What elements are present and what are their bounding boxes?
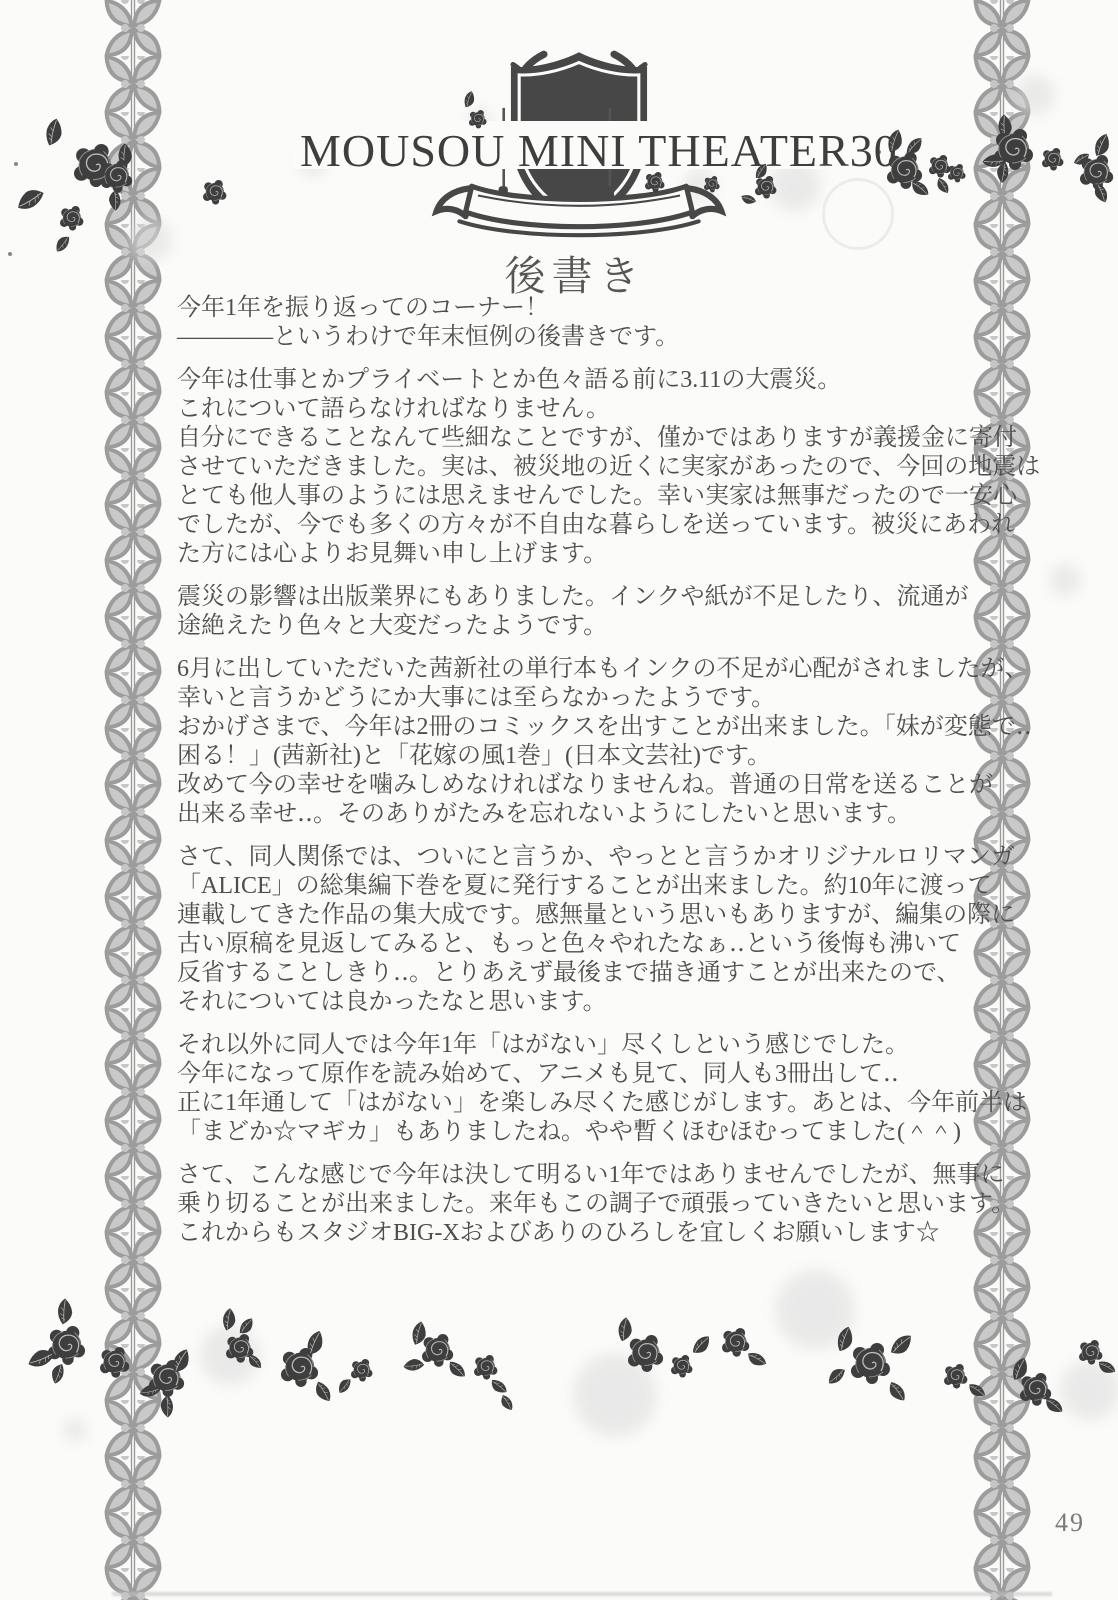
rose-leaf-icon [55,1298,76,1326]
rose-leaf-icon [745,1348,768,1370]
rose-leaf-icon [935,176,950,195]
rose-leaf-icon [302,1329,329,1358]
text-line: それ以外に同人では今年1年「はがない」尽くしという感じでした。 [177,1031,982,1060]
rose-leaf-icon [313,1379,332,1404]
text-line: でしたが、今でも多くの方々が不自由な暮らしを送っています。被災にあわれ [177,511,982,540]
text-line: 古い原稿を見返してみると、もっと色々やれたなぁ‥という後悔も沸いて [177,930,982,959]
text-line: 6月に出していただいた茜新社の単行本もインクの不足が心配がされましたが、 [177,655,982,684]
text-line: さて、こんな感じで今年は決して明るい1年ではありませんでしたが、無事に [177,1161,982,1190]
rose-leaf-icon [739,192,757,207]
rose-leaf-icon [14,186,47,211]
text-line: 連載してきた作品の集大成です。感無量という思いもありますが、編集の際に [177,901,982,930]
text-line: 今年になって原作を読み始めて、アニメも見て、同人も3冊出して‥ [177,1060,982,1089]
rose-leaf-icon [886,1379,907,1404]
paragraph: 今年1年を振り返ってのコーナー！————というわけで年末恒例の後書きです。 [177,294,982,352]
rose-leaf-icon [887,1332,916,1357]
rose-leaf-icon [335,1376,354,1394]
rose-leaf-icon [1093,182,1108,204]
text-line: おかげさまで、今年は2冊のコミックスを出すことが出来ました。「妹が変態で‥ [177,713,982,742]
text-line: 自分にできることなんて些細なことですが、僅かではありますが義援金に寄付 [177,424,982,453]
rose-leaf-icon [1090,132,1115,159]
print-speck [8,252,12,256]
rose-icon [351,1359,372,1382]
rose-leaf-icon [403,1358,424,1371]
text-line: これについて語らなければなりません。 [177,395,982,424]
text-line: 震災の影響は出版業界にもありました。インクや紙が不足したり、流通が [177,583,982,612]
print-speck [37,193,41,197]
rose-icon [422,1334,453,1367]
text-line: 「まどか☆マギカ」もありましたね。やや暫くほむほむってました(＾＾) [177,1118,982,1147]
rose-icon [60,206,83,231]
rose-leaf-icon [41,117,67,148]
text-line: 今年は仕事とかプライベートとか色々語る前に3.11の大震災。 [177,366,982,395]
bokeh-spot [1049,564,1081,596]
bokeh-spot [63,1418,87,1442]
scan-edge [112,1592,1052,1596]
rose-leaf-icon [903,136,926,157]
paragraph: 震災の影響は出版業界にもありました。インクや紙が不足したり、流通が途絶えたり色々… [177,583,982,641]
rose-leaf-icon [615,1316,636,1343]
bokeh-spot [775,1270,855,1350]
rose-leaf-icon [408,1320,430,1347]
rose-leaf-icon [26,1348,55,1368]
rose-icon [671,1355,692,1378]
rose-icon [203,180,226,205]
text-line: 乗り切ることが出来ました。来年もこの調子で頑張っていきたいと思います。 [177,1190,982,1219]
text-line: た方には心よりお見舞い申し上げます。 [177,540,982,569]
text-line: ————というわけで年末恒例の後書きです。 [177,323,982,352]
rose-icon [929,155,950,178]
rose-leaf-icon [909,177,931,200]
text-line: 反省することしきり‥。とりあえず最後まで描き通すことが出来たので、 [177,959,982,988]
bokeh-spot [200,1325,260,1385]
scanned-page: MOUSOU MINI THEATER30 後書き 今年1年を振り返ってのコーナ… [0,0,1118,1600]
rose-leaf-icon [825,1366,849,1386]
rose-leaf-icon [48,1362,68,1386]
text-line: これからもスタジオBIG-Xおよびありのひろしを宜しくお願いします☆ [177,1219,982,1248]
rose-icon [851,1343,890,1384]
bokeh-spot [1060,1360,1118,1420]
afterword-body: 今年1年を振り返ってのコーナー！————というわけで年末恒例の後書きです。今年は… [177,294,982,1262]
rose-icon [48,1326,85,1365]
rose-leaf-icon [488,1376,508,1397]
page-number: 49 [1040,1508,1100,1538]
text-line: 正に1年通して「はがない」を楽しみ尽くた感じがします。あとは、今年前半は [177,1089,982,1118]
text-line: 途絶えたり色々と大変だったようです。 [177,612,982,641]
text-line: 出来る幸せ‥。そのありがたみを忘れないようにしたいと思います。 [177,800,982,829]
bokeh-spot [1015,75,1055,115]
paragraph: さて、こんな感じで今年は決して明るい1年ではありませんでしたが、無事に乗り切るこ… [177,1161,982,1248]
text-line: 困る！」(茜新社)と「花嫁の風1巻」(日本文芸社)です。 [177,742,982,771]
rose-leaf-icon [446,1358,467,1381]
text-line: 今年1年を振り返ってのコーナー！ [177,294,982,323]
text-line: 幸いと言うかどうにか大事には至らなかったようです。 [177,684,982,713]
rose-leaf-icon [499,1393,514,1412]
text-line: それについては良かったなと思います。 [177,988,982,1017]
rose-icon [474,1355,497,1380]
rose-icon [281,1348,318,1387]
paragraph: 6月に出していただいた茜新社の単行本もインクの不足が心配がされましたが、幸いと言… [177,655,982,829]
rose-leaf-icon [689,1334,714,1357]
print-speck [14,162,18,166]
rose-leaf-icon [1072,152,1091,167]
text-line: 「ALICE」の総集編下巻を夏に発行することが出来ました。約10年に渡って [177,872,982,901]
rose-icon [722,1328,749,1357]
text-line: させていただきました。実は、被災地の近くに実家があったので、今回の地震は [177,453,982,482]
paragraph: 今年は仕事とかプライベートとか色々語る前に3.11の大震災。これについて語らなけ… [177,366,982,569]
paragraph: それ以外に同人では今年1年「はがない」尽くしという感じでした。今年になって原作を… [177,1031,982,1147]
doujin-title: MOUSOU MINI THEATER30 [300,124,860,177]
text-line: とても他人事のようには思えませんでした。幸い実家は無事だったので一安心 [177,482,982,511]
rose-icon [1080,155,1113,190]
bokeh-spot [573,1353,657,1437]
text-line: さて、同人関係では、ついにと言うか、やっとと言うかオリジナルロリマンガ [177,843,982,872]
paragraph: さて、同人関係では、ついにと言うか、やっとと言うかオリジナルロリマンガ「ALIC… [177,843,982,1017]
text-line: 改めて今の幸せを噛みしめなければなりませんね。普通の日常を送ることが [177,771,982,800]
faint-ring-ornament [822,178,894,250]
